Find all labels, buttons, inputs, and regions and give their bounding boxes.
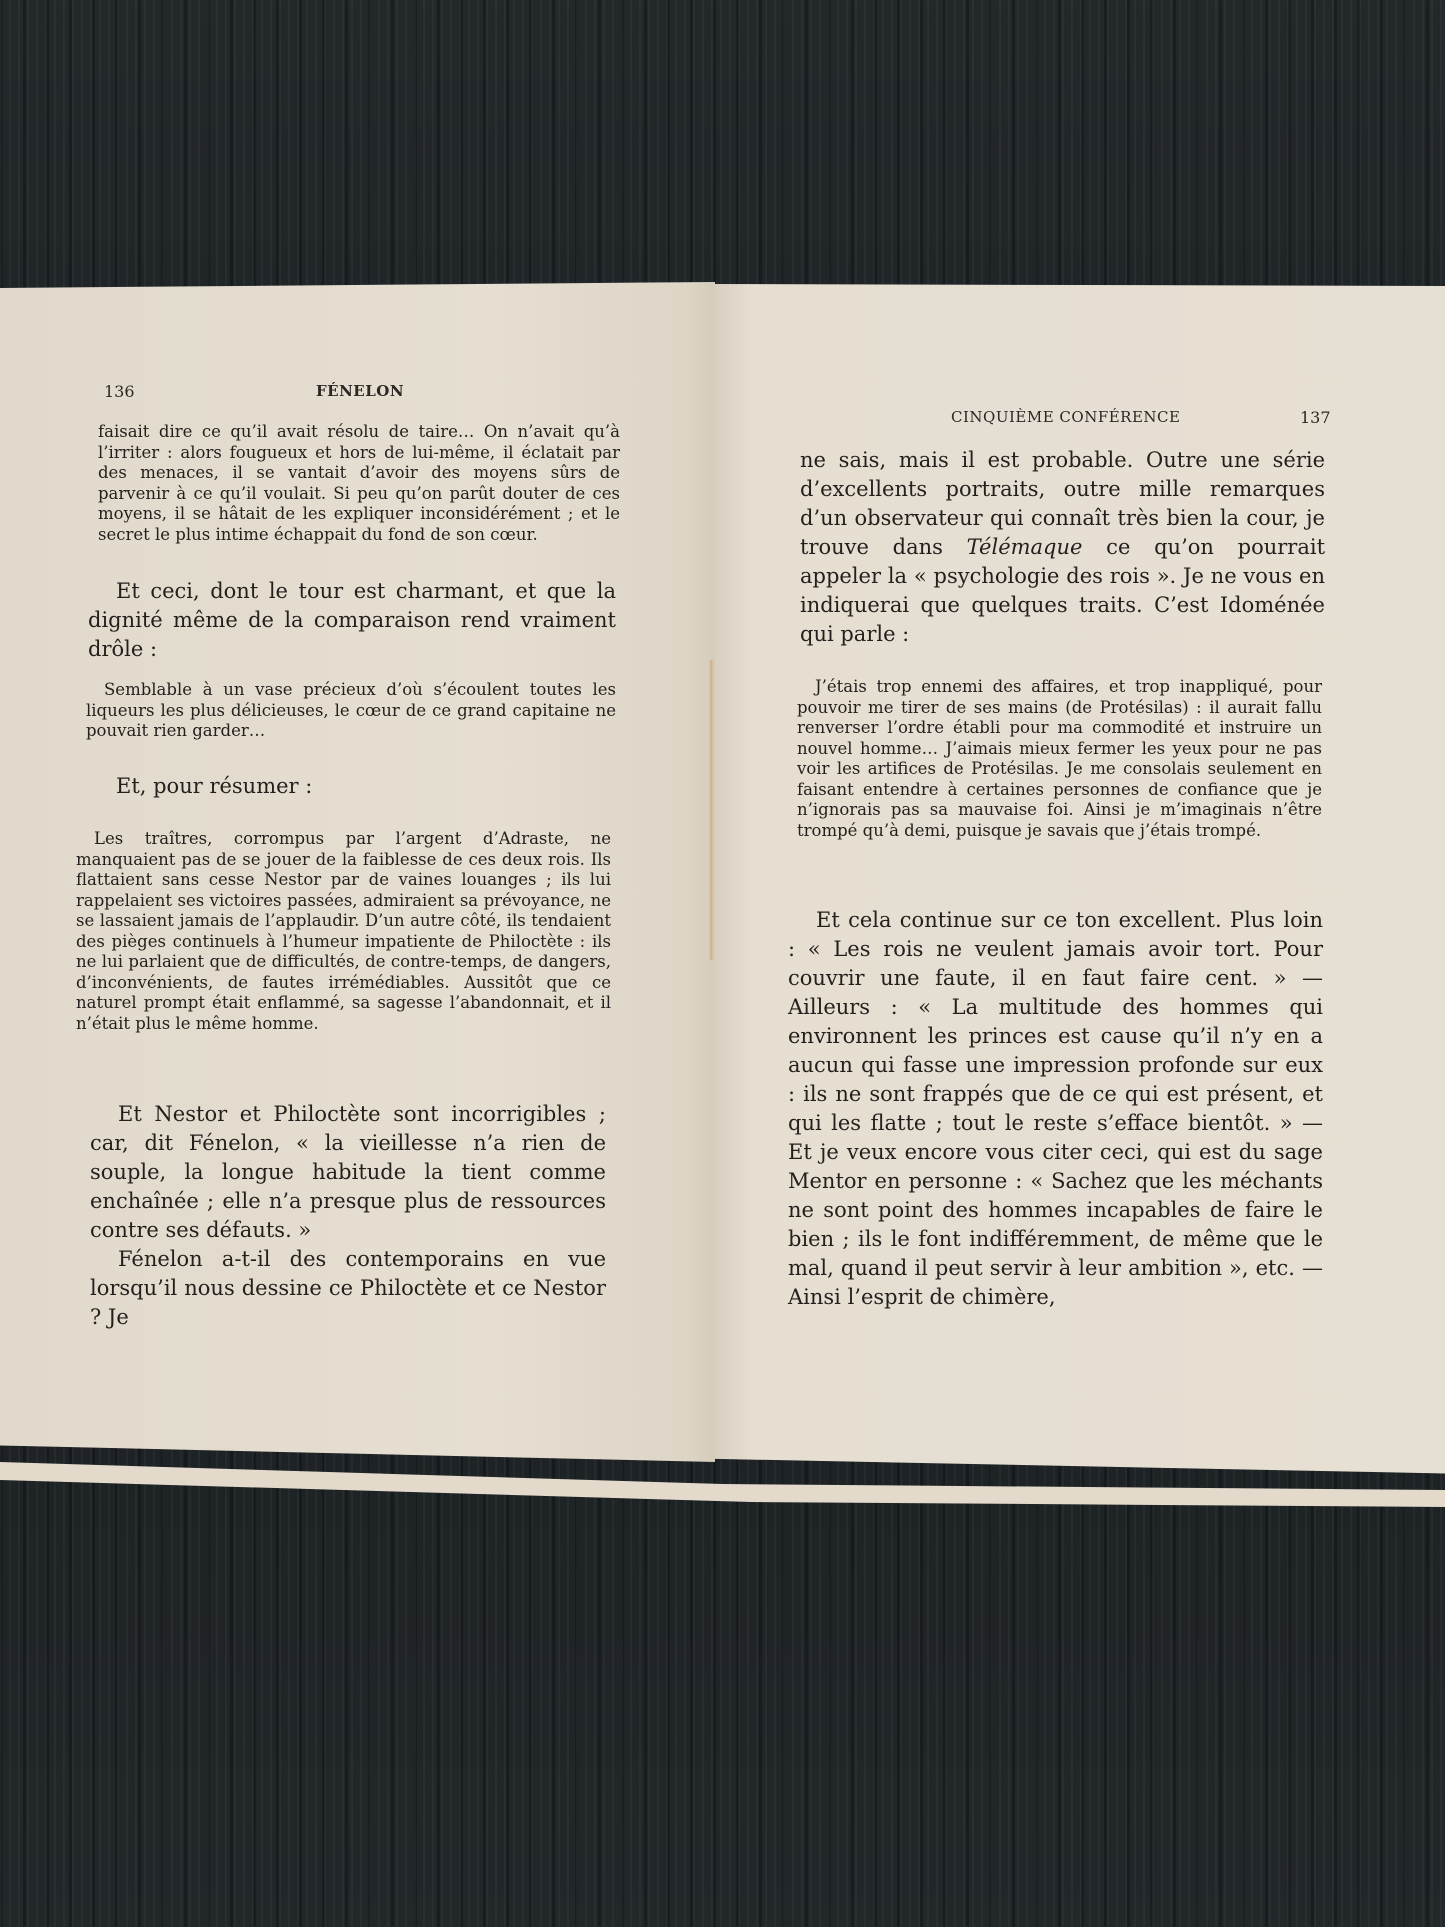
quote-block: J’étais trop ennemi des affaires, et tro… bbox=[797, 677, 1322, 841]
paragraph: ne sais, mais il est probable. Outre une… bbox=[800, 446, 1325, 649]
quote-block: Les traîtres, corrompus par l’argent d’A… bbox=[76, 829, 611, 1034]
paragraph: Et Nestor et Philoctète sont incorrigibl… bbox=[90, 1100, 606, 1245]
body-paragraph: Et Nestor et Philoctète sont incorrigibl… bbox=[90, 1100, 606, 1332]
page-number: 137 bbox=[1300, 408, 1331, 427]
right-page: CINQUIÈME CONFÉRENCE 137 ne sais, mais i… bbox=[715, 284, 1445, 1504]
paragraph: faisait dire ce qu’il avait résolu de ta… bbox=[98, 422, 620, 545]
paragraph: Et ceci, dont le tour est charmant, et q… bbox=[88, 577, 616, 664]
body-paragraph: Et, pour résumer : bbox=[88, 772, 616, 801]
paragraph: Semblable à un vase précieux d’où s’écou… bbox=[86, 680, 616, 742]
paragraph: Et, pour résumer : bbox=[88, 772, 616, 801]
gutter-stain bbox=[709, 660, 715, 960]
running-head: FÉNELON bbox=[316, 382, 404, 400]
page-number: 136 bbox=[104, 382, 135, 401]
body-paragraph: Et ceci, dont le tour est charmant, et q… bbox=[88, 577, 616, 664]
paragraph: Et cela continue sur ce ton excellent. P… bbox=[788, 906, 1323, 1312]
running-head: CINQUIÈME CONFÉRENCE bbox=[951, 408, 1180, 426]
paragraph: Les traîtres, corrompus par l’argent d’A… bbox=[76, 829, 611, 1034]
quote-block: faisait dire ce qu’il avait résolu de ta… bbox=[98, 422, 620, 545]
paragraph: Fénelon a-t-il des contemporains en vue … bbox=[90, 1245, 606, 1332]
left-page: 136 FÉNELON faisait dire ce qu’il avait … bbox=[0, 282, 715, 1462]
quote-block: Semblable à un vase précieux d’où s’écou… bbox=[86, 680, 616, 742]
paragraph: J’étais trop ennemi des affaires, et tro… bbox=[797, 677, 1322, 841]
body-paragraph: Et cela continue sur ce ton excellent. P… bbox=[788, 906, 1323, 1312]
open-book: 136 FÉNELON faisait dire ce qu’il avait … bbox=[0, 0, 1445, 1927]
body-paragraph: ne sais, mais il est probable. Outre une… bbox=[800, 446, 1325, 649]
book-title: Télémaque bbox=[967, 535, 1083, 559]
